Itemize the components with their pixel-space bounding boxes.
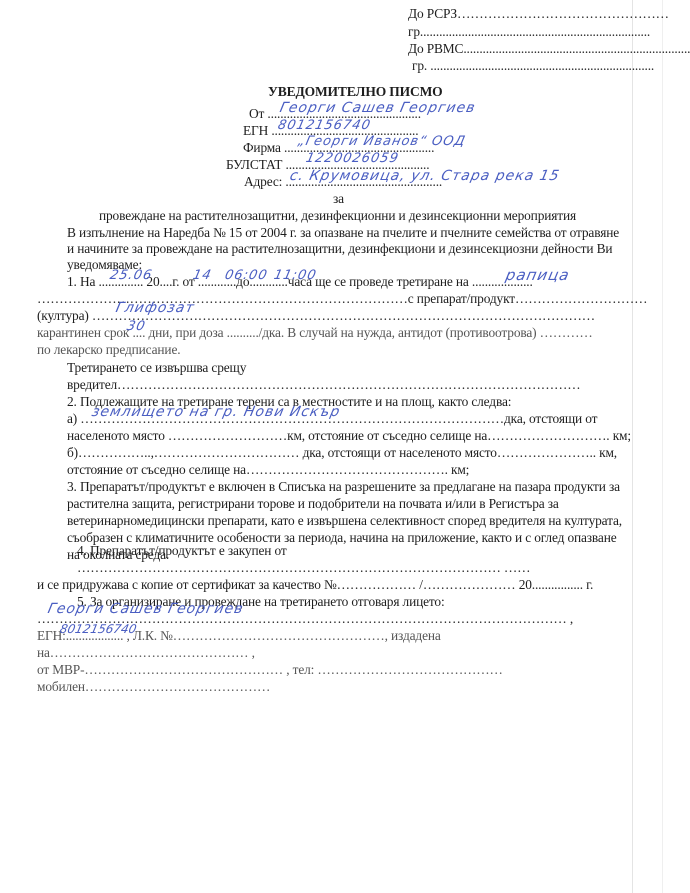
pest-line-1: Третирането се извършва срещу xyxy=(67,360,246,376)
item1-year-value[interactable]: 14 xyxy=(191,268,213,283)
header-to-rsgs: До РСРЗ………………………………………… xyxy=(408,6,669,22)
item1-crop-value[interactable]: рапица xyxy=(504,266,571,284)
item1-line-5: по лекарско предписание. xyxy=(37,342,180,358)
header-city-2: гр. ....................................… xyxy=(412,58,654,74)
item4-line-3: и се придружава с копие от сертификат за… xyxy=(37,577,593,593)
item3-line-2: растителна защита, регистрирани торове и… xyxy=(67,496,559,512)
intro-line-1: В изпълнение на Наредба № 15 от 2004 г. … xyxy=(67,225,619,241)
item3-line-3: ветеринарномедицински препарати, като е … xyxy=(67,513,622,529)
scan-artifact-line xyxy=(662,0,663,893)
item2-b-line-2: отстояние от съседно селище на…………………………… xyxy=(67,462,469,478)
item4-heading: 4. Препаратът/продуктът е закупен от xyxy=(77,543,287,559)
item4-line-2: …………………………………………………………………………………… …… xyxy=(77,560,530,576)
item5-issued-line: на……………………………………… , xyxy=(37,645,255,661)
page-title: УВЕДОМИТЕЛНО ПИСМО xyxy=(268,84,443,100)
sender-egn-value[interactable]: 8012156740 xyxy=(276,118,372,133)
sender-bulstat-value[interactable]: 1220026059 xyxy=(304,151,400,166)
item5-mobile-line: мобилен…………………………………… xyxy=(37,679,270,695)
pest-line-2: вредител……………………………………………………………………………………… xyxy=(67,377,580,393)
item1-date-value[interactable]: 25.06 xyxy=(108,268,153,283)
header-to-rvms: До РВМС.................................… xyxy=(408,41,690,57)
subtitle-za: за xyxy=(333,191,344,207)
header-city-1: гр......................................… xyxy=(408,24,650,40)
item5-mvr-line: от МВР-……………………………………… , тел: …………………………… xyxy=(37,662,503,678)
item1-to-time[interactable]: 11:00 xyxy=(272,268,318,283)
intro-line-2: и начините за провеждане на растителноза… xyxy=(67,241,612,257)
item3-line-1: 3. Препаратът/продуктът е включен в Спис… xyxy=(67,479,620,495)
subtitle: провеждане на растителнозащитни, дезинфе… xyxy=(99,208,576,224)
sender-from-value[interactable]: Георги Сашев Георгиев xyxy=(278,100,477,116)
item2-b-line-1: б)……………..,…………………………… дка, отстоящи от н… xyxy=(67,445,617,461)
item1-from-time[interactable]: 06:00 xyxy=(223,268,269,283)
item5-egn-value[interactable]: 8012156740 xyxy=(59,622,138,636)
sender-firm-value[interactable]: „Георги Иванов“ ООД xyxy=(296,134,467,149)
item1-line-4: карантинен срок .... дни, при доза .....… xyxy=(37,325,593,341)
scan-artifact-line xyxy=(632,0,633,893)
item1-quarantine-value[interactable]: 30 xyxy=(125,319,147,334)
item5-name-value[interactable]: Георги Сашев Георгиев xyxy=(46,601,245,617)
item2-a-value[interactable]: землището на гр. Нови Искър xyxy=(90,404,342,420)
sender-address-value[interactable]: с. Крумовица, ул. Стара река 15 xyxy=(288,168,561,184)
item1-product-value[interactable]: Глифозат xyxy=(114,300,196,316)
item2-a-line-2: населеното място ………………………км, отстояние … xyxy=(67,428,631,444)
